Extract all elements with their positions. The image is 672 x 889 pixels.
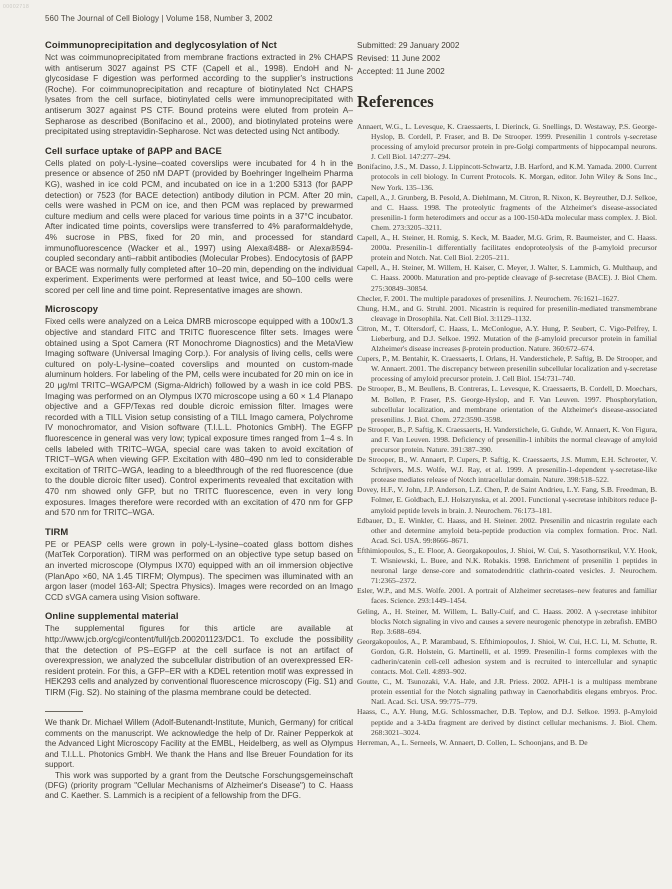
section-heading: Online supplemental material [45, 610, 353, 621]
reference-entry: Capell, A., H. Steiner, H. Romig, S. Kec… [357, 233, 657, 263]
acknowledgment-paragraph: We thank Dr. Michael Willem (Adolf-Buten… [45, 718, 353, 770]
date-line: Accepted: 11 June 2002 [357, 65, 657, 78]
references-heading: References [357, 92, 657, 112]
reference-entry: De Strooper, B., M. Beullens, B. Contrer… [357, 384, 657, 424]
methods-sections: Coimmunoprecipitation and deglycosylatio… [45, 39, 353, 697]
reference-entry: Checler, F. 2001. The multiple paradoxes… [357, 294, 657, 304]
reference-entry: Edbauer, D., E. Winkler, C. Haass, and H… [357, 516, 657, 546]
section-heading: Cell surface uptake of βAPP and BACE [45, 145, 353, 156]
reference-entry: Esler, W.P., and M.S. Wolfe. 2001. A por… [357, 586, 657, 606]
acknowledgment-paragraph: This work was supported by a grant from … [45, 771, 353, 802]
methods-section: Cell surface uptake of βAPP and BACE Cel… [45, 145, 353, 296]
reference-entry: Dovey, H.F., V. John, J.P. Anderson, L.Z… [357, 485, 657, 515]
reference-entry: Efthimiopoulos, S., E. Floor, A. Georgak… [357, 546, 657, 586]
section-heading: Coimmunoprecipitation and deglycosylatio… [45, 39, 353, 50]
reference-entry: Georgakopoulos, A., P. Marambaud, S. Eft… [357, 637, 657, 677]
reference-entry: De Strooper, B., W. Annaert, P. Cupers, … [357, 455, 657, 485]
methods-column: Coimmunoprecipitation and deglycosylatio… [45, 39, 353, 802]
acknowledgments-rule [45, 711, 83, 712]
methods-section: Coimmunoprecipitation and deglycosylatio… [45, 39, 353, 137]
reference-entry: Geling, A., H. Steiner, M. Willem, L. Ba… [357, 607, 657, 637]
reference-entry: Herreman, A., L. Serneels, W. Annaert, D… [357, 738, 657, 748]
section-body: Cells plated on poly-L-lysine–coated cov… [45, 158, 353, 296]
date-line: Submitted: 29 January 2002 [357, 39, 657, 52]
submission-dates: Submitted: 29 January 2002Revised: 11 Ju… [357, 39, 657, 78]
reference-entry: Capell, A., J. Grunberg, B. Pesold, A. D… [357, 193, 657, 233]
reference-entry: De Strooper, B., P. Saftig, K. Craessaer… [357, 425, 657, 455]
section-heading: TIRM [45, 526, 353, 537]
section-body: The supplemental figures for this articl… [45, 623, 353, 697]
reference-entry: Haass, C., A.Y. Hung, M.G. Schlossmacher… [357, 707, 657, 737]
methods-section: TIRM PE or PEASP cells were grown in pol… [45, 526, 353, 603]
methods-section: Microscopy Fixed cells were analyzed on … [45, 303, 353, 517]
reference-entry: Goutte, C., M. Tsunozaki, V.A. Hale, and… [357, 677, 657, 707]
acknowledgments: We thank Dr. Michael Willem (Adolf-Buten… [45, 718, 353, 801]
section-body: PE or PEASP cells were grown in poly-L-l… [45, 539, 353, 603]
reference-entry: Bonifacino, J.S., M. Dasso, J. Lippincot… [357, 162, 657, 192]
date-line: Revised: 11 June 2002 [357, 52, 657, 65]
references-column: Submitted: 29 January 2002Revised: 11 Ju… [357, 39, 657, 889]
section-heading: Microscopy [45, 303, 353, 314]
reference-entry: Capell, A., H. Steiner, M. Willem, H. Ka… [357, 263, 657, 293]
section-body: Fixed cells were analyzed on a Leica DMR… [45, 316, 353, 517]
journal-page: 00002718 560 The Journal of Cell Biology… [0, 0, 672, 889]
reference-entry: Annaert, W.G., L. Levesque, K. Craessaer… [357, 122, 657, 162]
reference-entry: Chung, H.M., and G. Struhl. 2001. Nicast… [357, 304, 657, 324]
references-list: Annaert, W.G., L. Levesque, K. Craessaer… [357, 122, 657, 748]
scan-corner-mark: 00002718 [3, 4, 29, 10]
reference-entry: Cupers, P., M. Bentahir, K. Craessaerts,… [357, 354, 657, 384]
running-header: 560 The Journal of Cell Biology | Volume… [45, 14, 273, 23]
section-body: Nct was coimmunoprecipitated from membra… [45, 52, 353, 137]
methods-section: Online supplemental material The supplem… [45, 610, 353, 697]
reference-entry: Citron, M., T. Oltersdorf, C. Haass, L. … [357, 324, 657, 354]
